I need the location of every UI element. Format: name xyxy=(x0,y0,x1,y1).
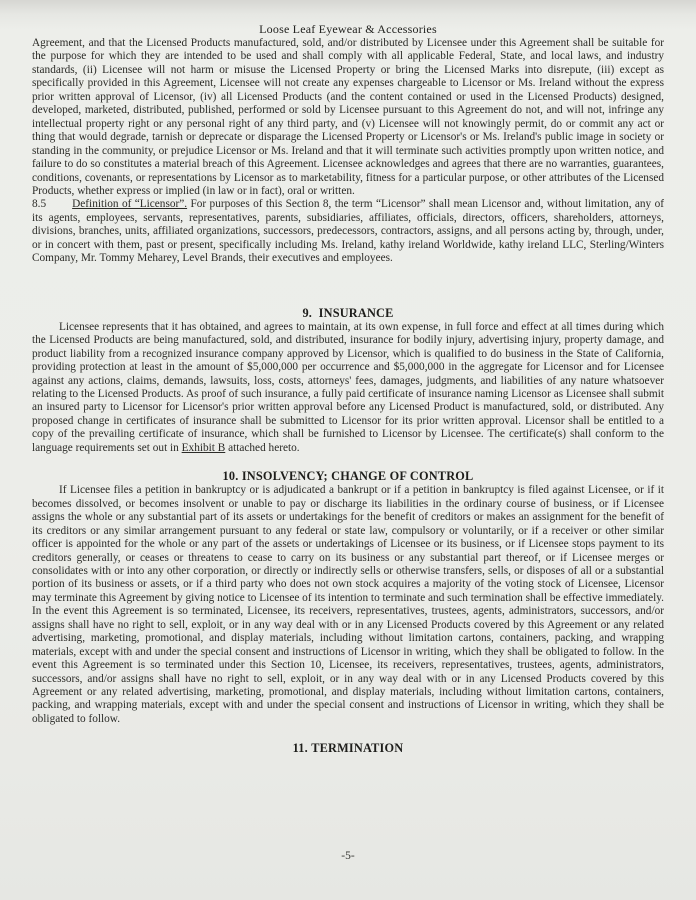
clause-underlined-title: Definition of “Licensor”. xyxy=(72,198,187,210)
section-11-heading-number: 11. xyxy=(293,741,308,755)
document-header-title: Loose Leaf Eyewear & Accessories xyxy=(32,22,664,37)
clause-8-5-paragraph: 8.5Definition of “Licensor”. For purpose… xyxy=(32,198,664,265)
section-8-continuation-paragraph: Agreement, and that the Licensed Product… xyxy=(32,37,664,198)
scanned-document-page: Loose Leaf Eyewear & Accessories Agreeme… xyxy=(0,0,696,900)
section-10-heading: 10. INSOLVENCY; CHANGE OF CONTROL xyxy=(32,469,664,484)
exhibit-b-reference: Exhibit B xyxy=(182,442,226,454)
section-9-body-end: attached hereto. xyxy=(225,442,299,454)
clause-number: 8.5 xyxy=(32,198,46,210)
section-9-heading-number: 9. xyxy=(302,306,312,320)
section-11-heading: 11. TERMINATION xyxy=(32,741,664,756)
section-10-heading-number: 10. xyxy=(223,469,239,483)
section-9-body: Licensee represents that it has obtained… xyxy=(32,321,664,454)
section-11-heading-title: TERMINATION xyxy=(311,741,403,755)
section-9-heading-title: INSURANCE xyxy=(319,306,394,320)
section-9-heading: 9. INSURANCE xyxy=(32,306,664,321)
section-9-paragraph: Licensee represents that it has obtained… xyxy=(32,321,664,456)
section-10-paragraph: If Licensee files a petition in bankrupt… xyxy=(32,484,664,726)
section-10-heading-title: INSOLVENCY; CHANGE OF CONTROL xyxy=(242,469,474,483)
page-number: -5- xyxy=(0,850,696,862)
